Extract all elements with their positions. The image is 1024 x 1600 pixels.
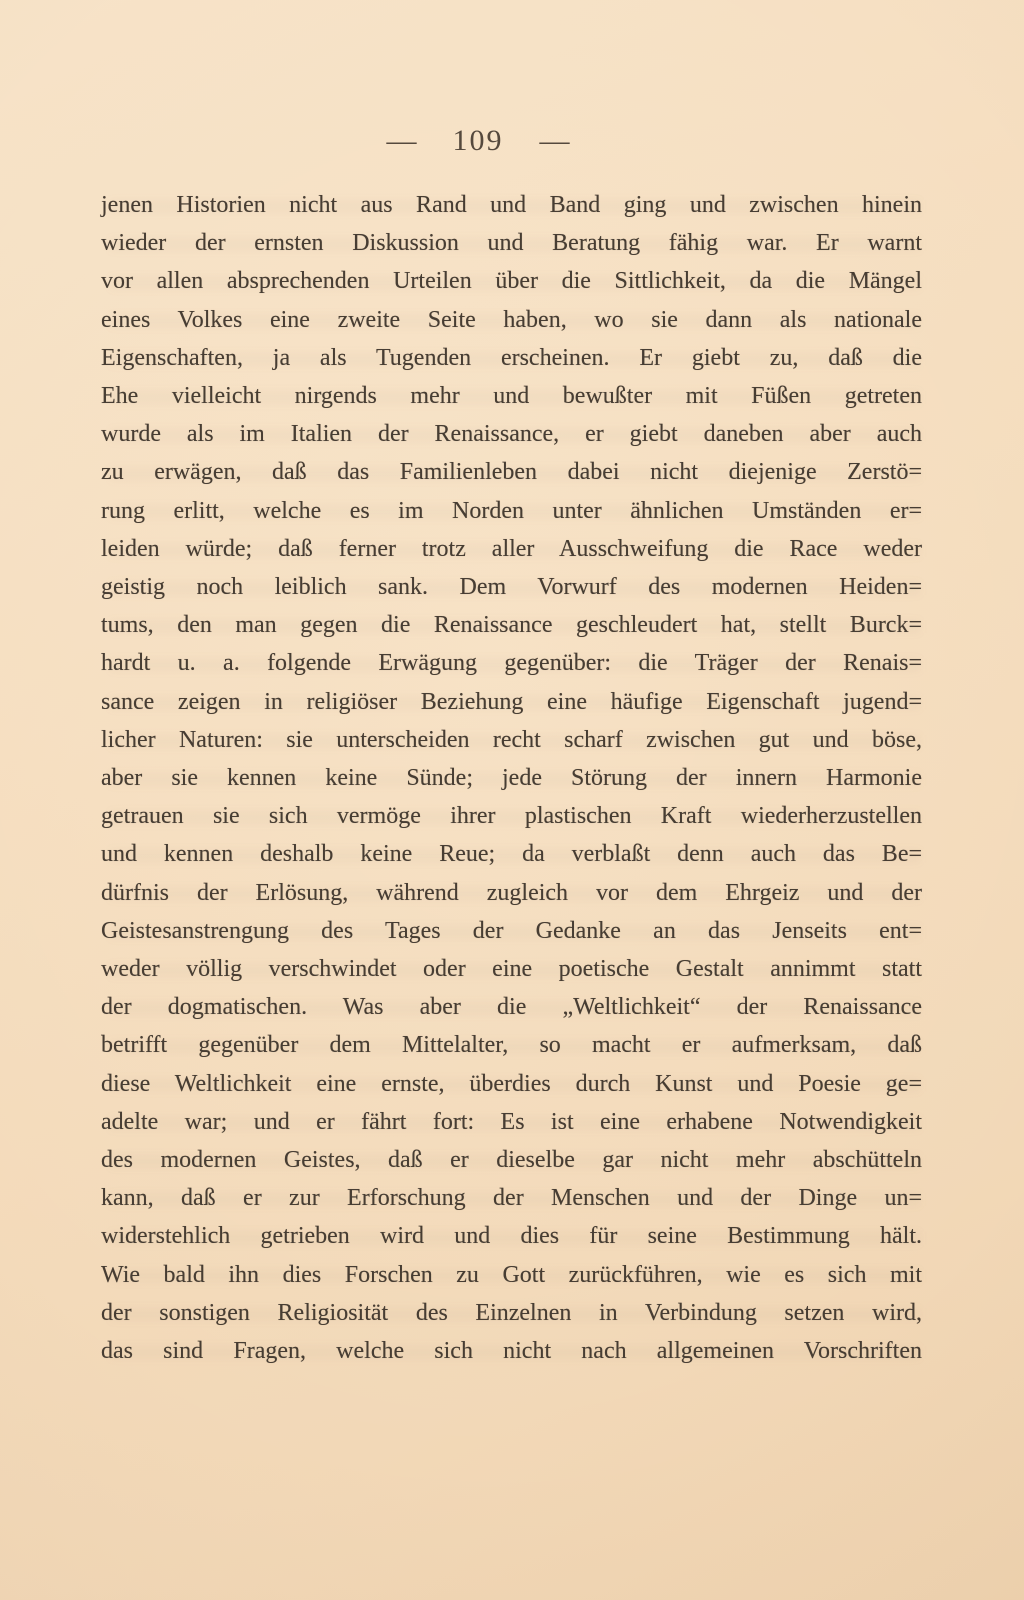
text-line: dürfnis der Erlösung, während zugleich v… — [101, 874, 922, 912]
text-line: tums, den man gegen die Renaissance gesc… — [101, 606, 922, 644]
text-line: eines Volkes eine zweite Seite haben, wo… — [101, 301, 922, 339]
text-line: Geistesanstrengung des Tages der Gedanke… — [101, 912, 922, 950]
text-line: wurde als im Italien der Renaissance, er… — [101, 415, 922, 453]
text-line: kann, daß er zur Erforschung der Mensche… — [101, 1179, 922, 1217]
text-line: weder völlig verschwindet oder eine poet… — [101, 950, 922, 988]
text-line: Eigenschaften, ja als Tugenden erscheine… — [101, 339, 922, 377]
text-line: aber sie kennen keine Sünde; jede Störun… — [101, 759, 922, 797]
header-dash-left: — — [387, 124, 417, 158]
text-line: hardt u. a. folgende Erwägung gegenüber:… — [101, 644, 922, 682]
text-line: jenen Historien nicht aus Rand und Band … — [101, 186, 922, 224]
text-line: der sonstigen Religiosität des Einzelnen… — [101, 1294, 922, 1332]
body-text-block: jenen Historien nicht aus Rand und Band … — [101, 186, 922, 1370]
text-line: adelte war; und er fährt fort: Es ist ei… — [101, 1103, 922, 1141]
text-line: das sind Fragen, welche sich nicht nach … — [101, 1332, 922, 1370]
page-header: — 109 — — [0, 124, 956, 158]
text-line: der dogmatischen. Was aber die „Weltlich… — [101, 988, 922, 1026]
text-line: geistig noch leiblich sank. Dem Vorwurf … — [101, 568, 922, 606]
text-line: sance zeigen in religiöser Beziehung ein… — [101, 683, 922, 721]
text-line: rung erlitt, welche es im Norden unter ä… — [101, 492, 922, 530]
text-line: diese Weltlichkeit eine ernste, überdies… — [101, 1065, 922, 1103]
text-line: vor allen absprechenden Urteilen über di… — [101, 262, 922, 300]
header-dash-right: — — [540, 124, 570, 158]
page-number: 109 — [453, 124, 504, 158]
text-line: getrauen sie sich vermöge ihrer plastisc… — [101, 797, 922, 835]
text-line: leiden würde; daß ferner trotz aller Aus… — [101, 530, 922, 568]
text-line: zu erwägen, daß das Familienleben dabei … — [101, 453, 922, 491]
text-line: des modernen Geistes, daß er dieselbe ga… — [101, 1141, 922, 1179]
text-line: Wie bald ihn dies Forschen zu Gott zurüc… — [101, 1256, 922, 1294]
text-line: betrifft gegenüber dem Mittelalter, so m… — [101, 1026, 922, 1064]
text-line: licher Naturen: sie unterscheiden recht … — [101, 721, 922, 759]
text-line: widerstehlich getrieben wird und dies fü… — [101, 1217, 922, 1255]
scanned-book-page: — 109 — jenen Historien nicht aus Rand u… — [0, 0, 1024, 1600]
text-line: Ehe vielleicht nirgends mehr und bewußte… — [101, 377, 922, 415]
text-line: wieder der ernsten Diskussion und Beratu… — [101, 224, 922, 262]
text-line: und kennen deshalb keine Reue; da verbla… — [101, 835, 922, 873]
